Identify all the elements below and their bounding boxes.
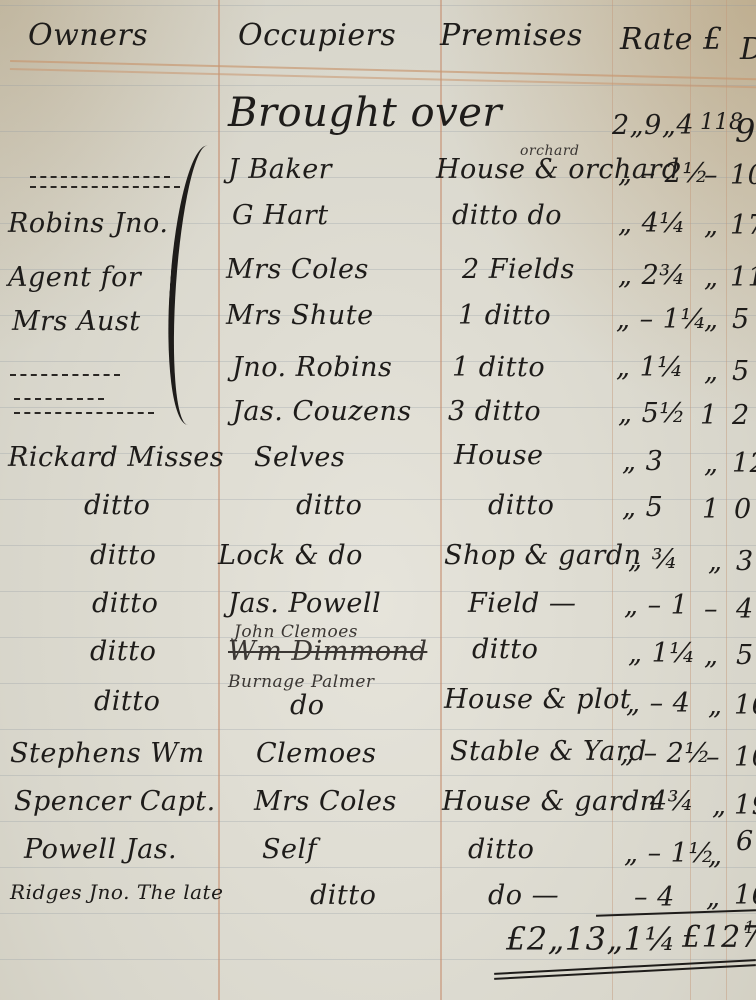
occupier-insert: Burnage Palmer <box>228 672 375 692</box>
pence-cell: 11 <box>730 262 756 293</box>
premises-cell: House <box>454 440 544 471</box>
pounds-cell: „ <box>704 640 719 671</box>
occupier-cell: ditto <box>296 490 362 521</box>
rate-cell: „ 3 <box>622 446 663 477</box>
total-pence: 10 <box>744 918 756 938</box>
pence-cell: 5 <box>736 640 754 671</box>
pounds-cell: „ <box>708 546 723 577</box>
pence-cell: 16 <box>734 690 756 721</box>
owner-cell: Rickard Misses <box>8 442 224 473</box>
occupier-cell: Mrs Shute <box>226 300 374 331</box>
pounds-cell: „ <box>704 210 719 241</box>
owner-cell: ditto <box>84 490 150 521</box>
brought-over-label: Brought over <box>228 90 502 136</box>
owner-cell: Stephens Wm <box>10 738 205 769</box>
total-rate: £2„13„1¼ <box>506 920 676 958</box>
header-double-rule <box>10 60 756 89</box>
pence-cell: 0 <box>734 494 752 525</box>
pence-cell: 5 <box>732 356 750 387</box>
pounds-cell: – <box>704 594 718 625</box>
pounds-cell: „ <box>708 690 723 721</box>
owner-cell: Spencer Capt. <box>14 786 216 817</box>
rate-cell: „ – 4 <box>626 688 690 719</box>
occupier-cell: G Hart <box>232 200 329 231</box>
pence-cell: 4 <box>736 594 754 625</box>
pence-cell: 6 <box>736 826 754 857</box>
pence-cell: 16 <box>734 880 756 911</box>
pounds-cell: – <box>704 160 718 191</box>
premises-cell: Stable & Yard <box>450 736 647 767</box>
premises-cell: Field — <box>468 588 576 619</box>
header-pence: D <box>740 32 756 67</box>
owner-dashes <box>30 186 180 188</box>
premises-cell: 1 ditto <box>452 352 545 383</box>
premises-cell: do — <box>488 880 559 911</box>
occupier-cell: Clemoes <box>256 738 376 769</box>
owner-cell: Agent for <box>8 262 141 293</box>
brought-over-rate: 2„9„4 <box>612 110 694 141</box>
owner-cell: ditto <box>94 686 160 717</box>
pounds-cell: „ <box>704 262 719 293</box>
pence-cell: 19 <box>734 790 756 821</box>
pounds-cell: „ <box>708 840 723 871</box>
pence-cell: 17 <box>730 210 756 241</box>
premises-cell: ditto do <box>452 200 562 231</box>
premises-cell: ditto <box>468 834 534 865</box>
occupier-cell-struck: Wm Dimmond <box>228 636 427 667</box>
column-divider-pounds <box>726 0 727 1000</box>
occupier-cell: Selves <box>254 442 345 473</box>
pence-cell: 5 <box>732 304 750 335</box>
pounds-cell: – <box>706 742 720 773</box>
column-divider-premises <box>612 0 613 1000</box>
rate-cell: „ – 2½ <box>620 738 711 769</box>
owner-dashes <box>30 176 170 178</box>
pence-cell: 2 <box>732 400 750 431</box>
occupier-cell: Jas. Powell <box>228 588 381 619</box>
pence-cell: 12 <box>732 448 756 479</box>
rate-cell: „ – 2½ <box>618 158 709 189</box>
rate-cell: „ 1¼ <box>628 638 696 669</box>
premises-cell: Shop & gardn <box>444 540 642 571</box>
owner-dashes <box>14 412 154 414</box>
rate-cell: – 4 <box>634 882 675 913</box>
pounds-cell: 1 <box>700 400 718 431</box>
brought-over-pence: 9 <box>735 112 756 150</box>
pounds-cell: „ <box>704 356 719 387</box>
owner-cell: Ridges Jno. The late <box>10 880 223 904</box>
owner-cell: Robins Jno. <box>8 208 168 239</box>
pounds-cell: 1 <box>702 494 720 525</box>
premises-cell: 3 ditto <box>448 396 541 427</box>
premises-cell: House & plot <box>444 684 631 715</box>
pounds-cell: „ <box>704 304 719 335</box>
occupier-cell: ditto <box>310 880 376 911</box>
premises-cell: House & gardn <box>442 786 658 817</box>
pounds-cell: „ <box>712 790 727 821</box>
pence-cell: 10 <box>730 160 756 191</box>
rate-cell: „ 1¼ <box>616 352 684 383</box>
occupier-cell: Self <box>262 834 317 865</box>
rate-cell: „ 5 <box>622 492 663 523</box>
rate-cell: „ – 1½ <box>624 838 715 869</box>
rate-cell: „ – 1¼ <box>616 304 707 335</box>
pounds-cell: „ <box>706 882 721 913</box>
rate-cell: „ 2¾ <box>618 260 686 291</box>
occupier-cell: Mrs Coles <box>226 254 369 285</box>
premises-cell: 1 ditto <box>458 300 551 331</box>
rate-cell: „ – 1 <box>624 590 688 621</box>
occupier-cell: do <box>290 690 325 721</box>
owner-cell: ditto <box>92 588 158 619</box>
subtotal-rule <box>596 909 756 917</box>
premises-cell: ditto <box>472 634 538 665</box>
occupier-cell: J Baker <box>228 154 332 185</box>
header-occupiers: Occupiers <box>238 18 396 53</box>
rate-cell: 4¾ <box>650 786 694 817</box>
occupier-cell: Mrs Coles <box>254 786 397 817</box>
owner-cell: Mrs Aust <box>12 306 141 337</box>
rate-cell: „ 5½ <box>618 398 686 429</box>
owner-cell: Powell Jas. <box>24 834 177 865</box>
pence-cell: 3 <box>736 546 754 577</box>
premises-cell: ditto <box>488 490 554 521</box>
rate-cell: „ 4¼ <box>618 208 686 239</box>
rate-cell: „ ¾ <box>628 544 678 575</box>
header-owners: Owners <box>28 18 148 53</box>
pence-cell: 10 <box>734 742 756 773</box>
header-premises: Premises <box>440 18 583 53</box>
occupier-cell: Jas. Couzens <box>232 396 412 427</box>
column-divider-occupiers <box>440 0 442 1000</box>
premises-cell: 2 Fields <box>462 254 575 285</box>
owner-dashes <box>10 374 120 376</box>
occupier-cell: Jno. Robins <box>232 352 392 383</box>
ledger-page: Owners Occupiers Premises Rate £ D Broug… <box>0 0 756 1000</box>
header-rate: Rate £ <box>620 22 723 57</box>
owner-cell: ditto <box>90 540 156 571</box>
owner-dashes <box>14 398 104 400</box>
owner-cell: ditto <box>90 636 156 667</box>
occupier-cell: Lock & do <box>218 540 363 571</box>
pounds-cell: „ <box>704 448 719 479</box>
